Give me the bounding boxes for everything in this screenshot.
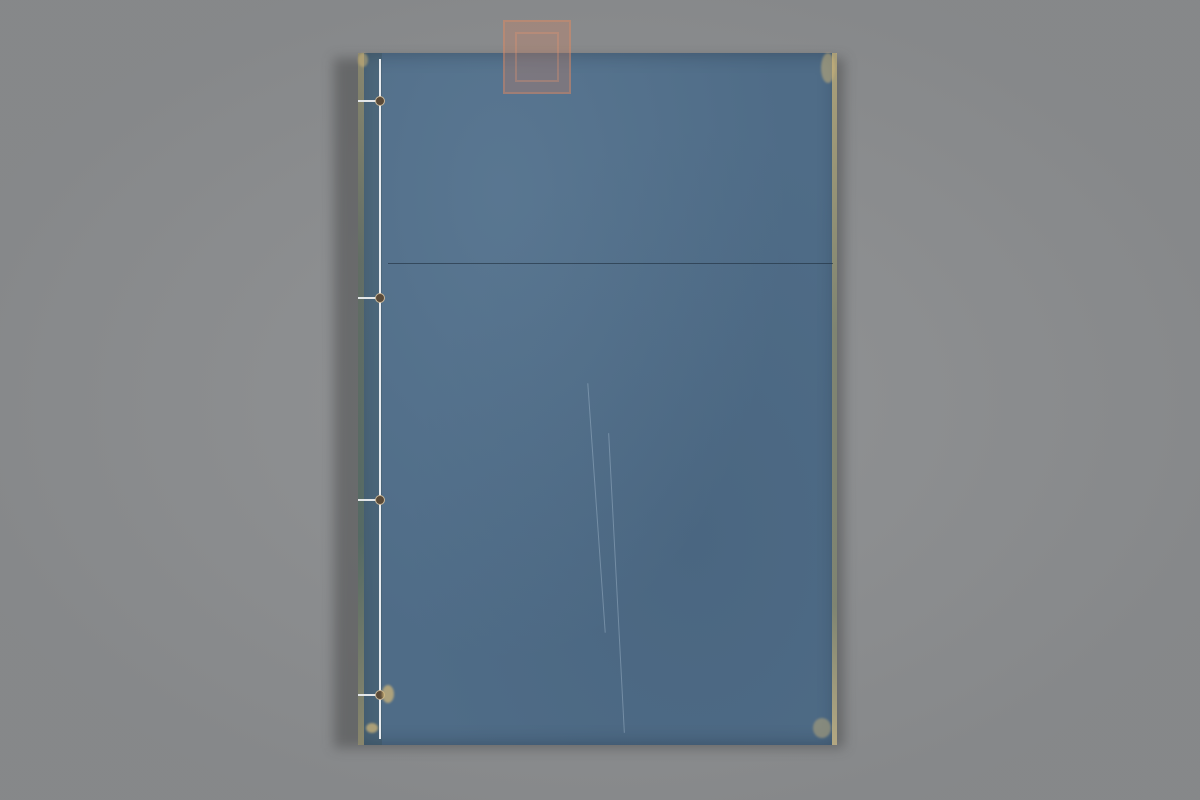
binding-thread [379,59,381,739]
right-edge [832,53,837,745]
left-edge [358,53,364,745]
scratch [608,433,625,733]
seal-watermark [503,20,571,94]
stain [382,685,394,703]
stitch-hole-3 [375,495,385,505]
stitch-hole-1 [375,96,385,106]
cover-crease [388,263,833,264]
stain [821,53,835,83]
book-cover [358,53,837,745]
stain [813,718,831,738]
stain [366,723,378,733]
scratch [587,383,605,632]
stain [358,53,368,67]
stitch-hole-2 [375,293,385,303]
